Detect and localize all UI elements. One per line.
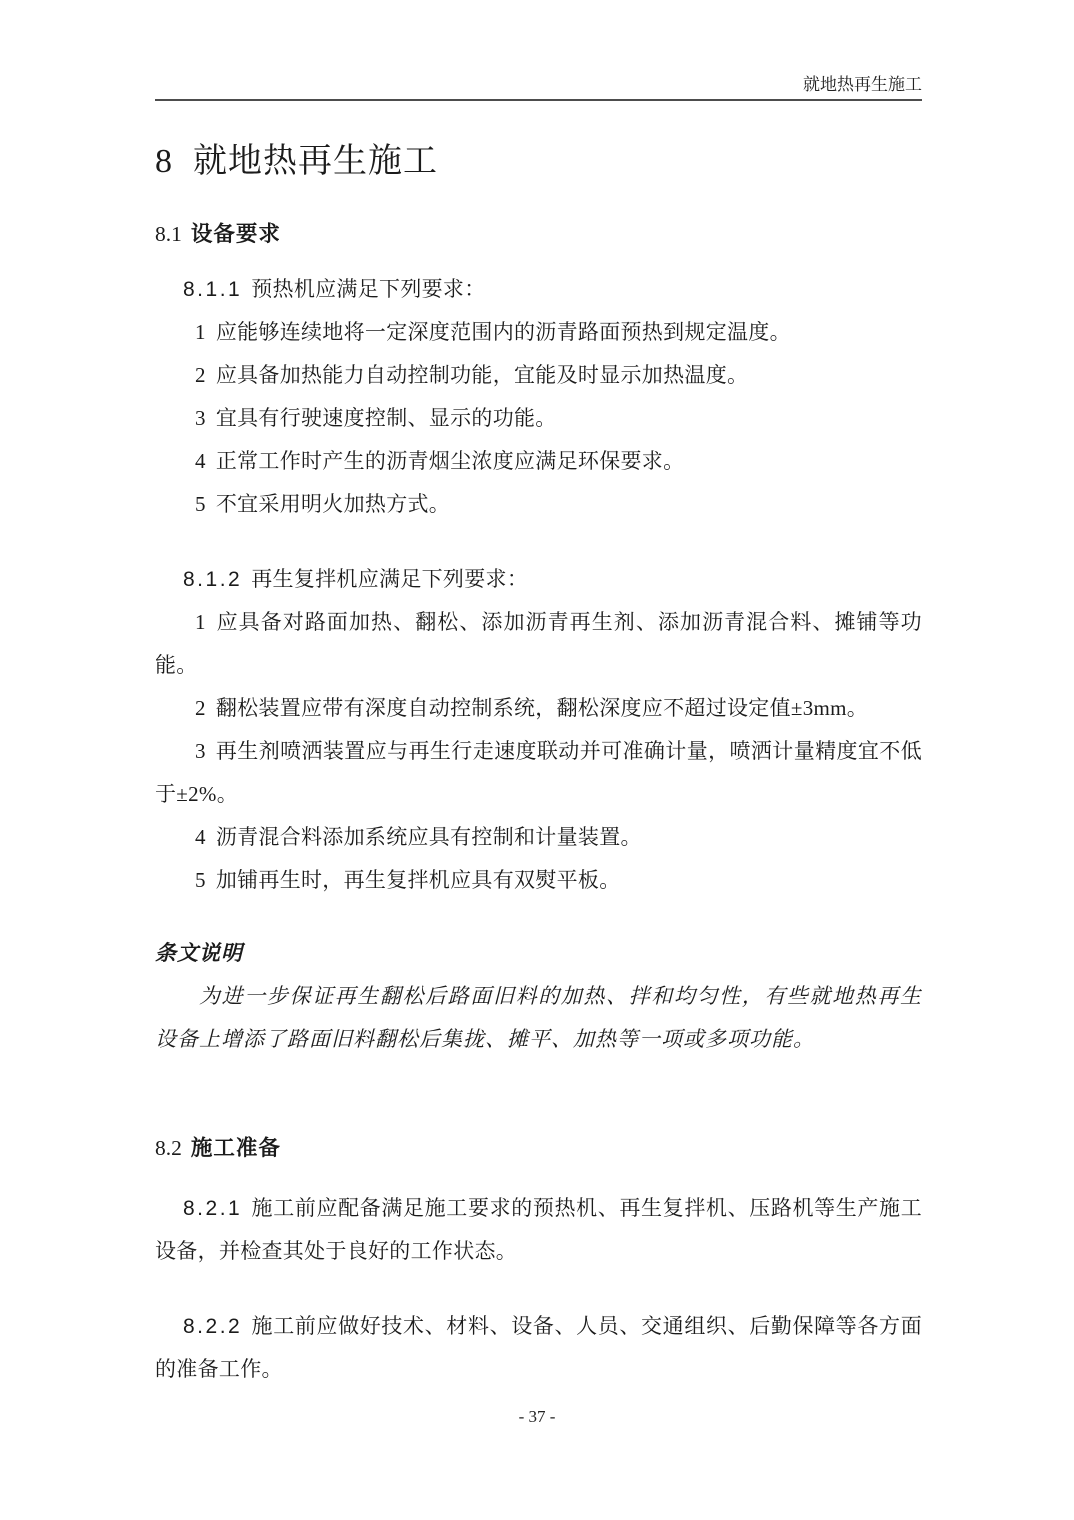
clause-8-1-1: 8.1.1预热机应满足下列要求：: [155, 268, 922, 311]
commentary-label: 条文说明: [155, 932, 922, 975]
page-header: 就地热再生施工: [155, 0, 922, 101]
item-number: 1: [195, 610, 206, 634]
list-item: 5加铺再生时，再生复拌机应具有双熨平板。: [155, 859, 922, 902]
item-number: 4: [195, 449, 206, 473]
clause-text: 施工前应做好技术、材料、设备、人员、交通组织、后勤保障等各方面的准备工作。: [155, 1314, 922, 1381]
clause-number: 8.1.1: [183, 278, 242, 301]
list-item: 2应具备加热能力自动控制功能，宜能及时显示加热温度。: [155, 354, 922, 397]
item-text: 应能够连续地将一定深度范围内的沥青路面预热到规定温度。: [216, 320, 791, 344]
clause-8-1-1-items: 1应能够连续地将一定深度范围内的沥青路面预热到规定温度。 2应具备加热能力自动控…: [155, 311, 922, 526]
item-number: 5: [195, 868, 206, 892]
chapter-title: 8就地热再生施工: [155, 141, 922, 183]
list-item: 5不宜采用明火加热方式。: [155, 483, 922, 526]
item-text: 翻松装置应带有深度自动控制系统，翻松深度应不超过设定值±3mm。: [216, 696, 868, 720]
list-item: 4沥青混合料添加系统应具有控制和计量装置。: [155, 816, 922, 859]
list-item: 1应能够连续地将一定深度范围内的沥青路面预热到规定温度。: [155, 311, 922, 354]
item-number: 3: [195, 406, 206, 430]
section-title: 设备要求: [191, 222, 281, 246]
clause-text: 再生复拌机应满足下列要求：: [251, 567, 528, 591]
document-page: 就地热再生施工 8就地热再生施工 8.1设备要求 8.1.1预热机应满足下列要求…: [0, 0, 1074, 1520]
section-number: 8.2: [155, 1136, 182, 1160]
item-number: 2: [195, 696, 206, 720]
item-text: 加铺再生时，再生复拌机应具有双熨平板。: [216, 868, 621, 892]
clause-8-2-2: 8.2.2施工前应做好技术、材料、设备、人员、交通组织、后勤保障等各方面的准备工…: [155, 1305, 922, 1391]
list-item: 2翻松装置应带有深度自动控制系统，翻松深度应不超过设定值±3mm。: [155, 687, 922, 730]
clause-text: 预热机应满足下列要求：: [251, 277, 485, 301]
item-number: 2: [195, 363, 206, 387]
item-number: 5: [195, 492, 206, 516]
section-title: 施工准备: [191, 1136, 281, 1160]
item-text: 宜具有行驶速度控制、显示的功能。: [216, 406, 557, 430]
list-item: 4正常工作时产生的沥青烟尘浓度应满足环保要求。: [155, 440, 922, 483]
list-item: 3再生剂喷洒装置应与再生行走速度联动并可准确计量，喷洒计量精度宜不低于±2%。: [155, 730, 922, 816]
item-number: 4: [195, 825, 206, 849]
list-item: 3宜具有行驶速度控制、显示的功能。: [155, 397, 922, 440]
item-text: 正常工作时产生的沥青烟尘浓度应满足环保要求。: [216, 449, 685, 473]
commentary-block: 条文说明 为进一步保证再生翻松后路面旧料的加热、拌和均匀性，有些就地热再生设备上…: [155, 932, 922, 1061]
section-heading-8-2: 8.2施工准备: [155, 1135, 922, 1162]
section-number: 8.1: [155, 222, 182, 246]
running-title: 就地热再生施工: [155, 74, 922, 96]
clause-number: 8.1.2: [183, 568, 242, 591]
item-text: 不宜采用明火加热方式。: [216, 492, 450, 516]
item-text: 沥青混合料添加系统应具有控制和计量装置。: [216, 825, 642, 849]
page-number: - 37 -: [0, 1406, 1074, 1428]
commentary-text: 为进一步保证再生翻松后路面旧料的加热、拌和均匀性，有些就地热再生设备上增添了路面…: [155, 975, 922, 1061]
clause-text: 施工前应配备满足施工要求的预热机、再生复拌机、压路机等生产施工设备，并检查其处于…: [155, 1196, 922, 1263]
item-number: 3: [195, 739, 206, 763]
section-heading-8-1: 8.1设备要求: [155, 221, 922, 248]
clause-8-1-2: 8.1.2再生复拌机应满足下列要求：: [155, 558, 922, 601]
chapter-number: 8: [155, 143, 173, 180]
chapter-title-text: 就地热再生施工: [193, 143, 438, 180]
item-text: 应具备加热能力自动控制功能，宜能及时显示加热温度。: [216, 363, 749, 387]
item-number: 1: [195, 320, 206, 344]
clause-number: 8.2.2: [183, 1315, 242, 1338]
clause-8-2-1: 8.2.1施工前应配备满足施工要求的预热机、再生复拌机、压路机等生产施工设备，并…: [155, 1187, 922, 1273]
item-text: 再生剂喷洒装置应与再生行走速度联动并可准确计量，喷洒计量精度宜不低于±2%。: [155, 739, 922, 806]
clause-8-1-2-items: 1应具备对路面加热、翻松、添加沥青再生剂、添加沥青混合料、摊铺等功能。 2翻松装…: [155, 601, 922, 902]
item-text: 应具备对路面加热、翻松、添加沥青再生剂、添加沥青混合料、摊铺等功能。: [155, 610, 922, 677]
list-item: 1应具备对路面加热、翻松、添加沥青再生剂、添加沥青混合料、摊铺等功能。: [155, 601, 922, 687]
clause-number: 8.2.1: [183, 1197, 242, 1220]
